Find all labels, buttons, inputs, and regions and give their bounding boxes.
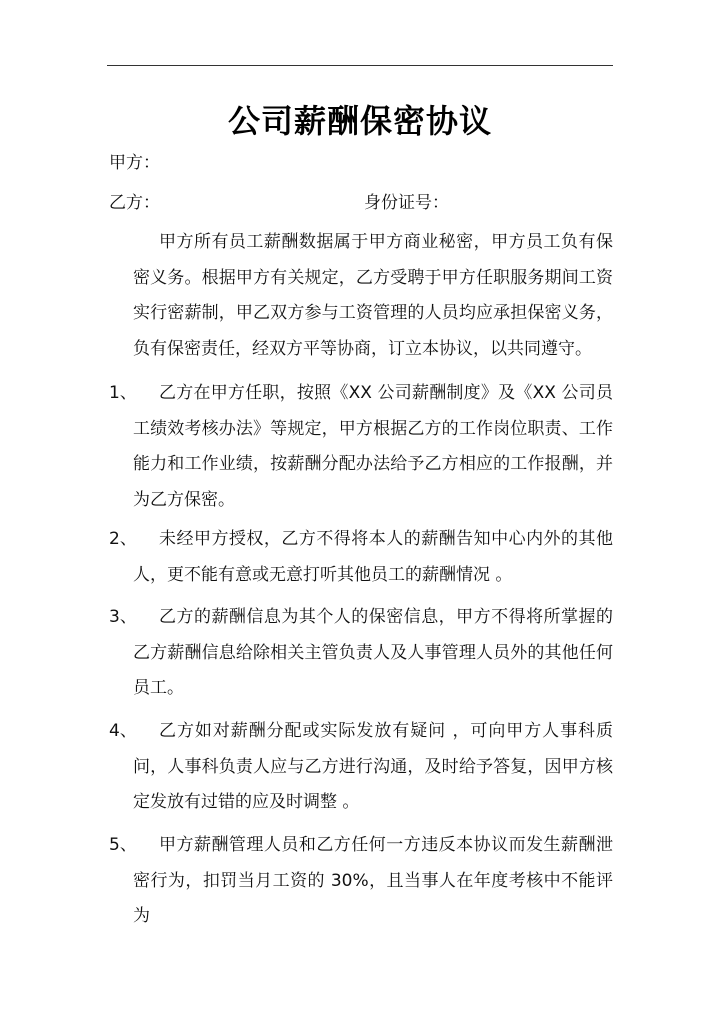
id-number-label: 身份证号： bbox=[364, 192, 449, 214]
clause-item: 1、 乙方在甲方任职，按照《XX 公司薪酬制度》及《XX 公司员工绩效考核办法》… bbox=[109, 376, 613, 518]
clause-item: 5、 甲方薪酬管理人员和乙方任何一方违反本协议而发生薪酬泄密行为，扣罚当月工资的… bbox=[109, 828, 613, 935]
clause-item: 2、 未经甲方授权，乙方不得将本人的薪酬告知中心内外的其他人，更不能有意或无意打… bbox=[109, 522, 613, 593]
clause-item: 4、 乙方如对薪酬分配或实际发放有疑问 ，可向甲方人事科质问，人事科负责人应与乙… bbox=[109, 714, 613, 821]
clause-number: 2、 bbox=[109, 522, 137, 558]
clause-number: 3、 bbox=[109, 600, 137, 636]
header-rule bbox=[107, 65, 613, 66]
clause-text: 未经甲方授权，乙方不得将本人的薪酬告知中心内外的其他人，更不能有意或无意打听其他… bbox=[133, 522, 613, 593]
clause-text: 乙方在甲方任职，按照《XX 公司薪酬制度》及《XX 公司员工绩效考核办法》等规定… bbox=[133, 376, 613, 518]
clause-text: 乙方如对薪酬分配或实际发放有疑问 ，可向甲方人事科质问，人事科负责人应与乙方进行… bbox=[133, 714, 613, 821]
clause-number: 4、 bbox=[109, 714, 137, 750]
intro-paragraph: 甲方所有员工薪酬数据属于甲方商业秘密，甲方员工负有保密义务。根据甲方有关规定，乙… bbox=[133, 225, 613, 367]
clause-text: 乙方的薪酬信息为其个人的保密信息，甲方不得将所掌握的乙方薪酬信息给除相关主管负责… bbox=[133, 600, 613, 707]
party-b-label: 乙方： bbox=[109, 192, 160, 214]
document-title: 公司薪酬保密协议 bbox=[0, 96, 720, 142]
party-a-label: 甲方： bbox=[109, 152, 160, 174]
clause-number: 1、 bbox=[109, 376, 137, 412]
clause-text: 甲方薪酬管理人员和乙方任何一方违反本协议而发生薪酬泄密行为，扣罚当月工资的 30… bbox=[133, 828, 613, 935]
clause-number: 5、 bbox=[109, 828, 137, 864]
clause-item: 3、 乙方的薪酬信息为其个人的保密信息，甲方不得将所掌握的乙方薪酬信息给除相关主… bbox=[109, 600, 613, 707]
